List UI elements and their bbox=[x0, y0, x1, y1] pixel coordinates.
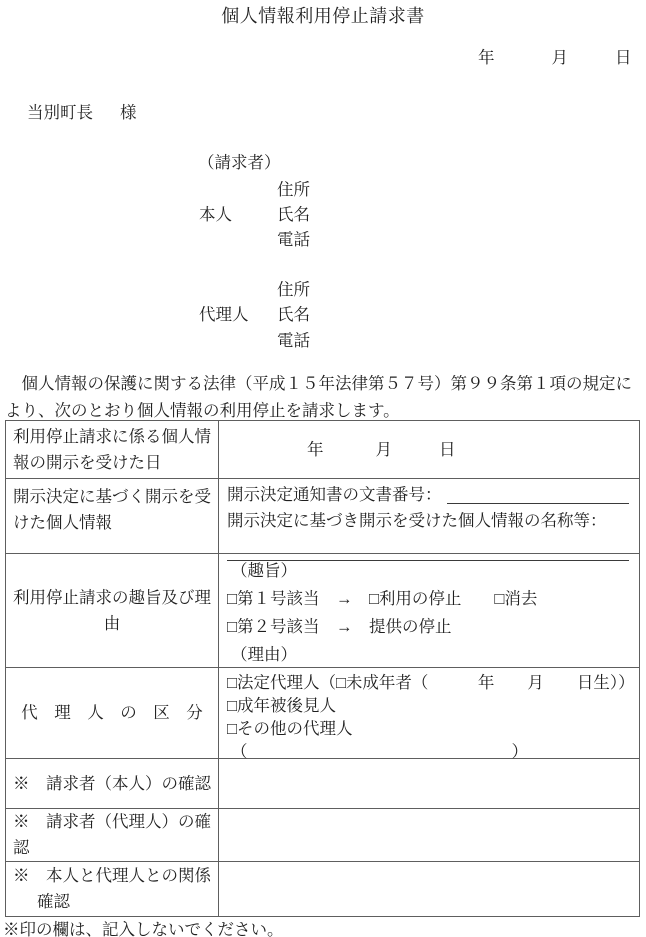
principal-confirmation-label: ※ 請求者（本人）の確認 bbox=[6, 759, 219, 808]
relationship-confirmation-label: ※ 本人と代理人との関係 確認 bbox=[6, 862, 219, 916]
principal-name-label: 氏名 bbox=[277, 201, 310, 225]
disclosure-date-label: 利用停止請求に係る個人情 報の開示を受けた日 bbox=[6, 421, 219, 478]
agent-category-field: □法定代理人（□未成年者（ 年 月 日生）） □成年被後見人 □その他の代理人 … bbox=[219, 668, 643, 758]
reason-heading: （理由） bbox=[227, 641, 631, 669]
agent-category-label-text: 代 理 人 の 区 分 bbox=[13, 700, 211, 726]
request-form-table: 利用停止請求に係る個人情 報の開示を受けた日 年月日 開示決定に基づく開示を受 … bbox=[5, 420, 640, 917]
date-year-label: 年 bbox=[478, 48, 495, 67]
doc-number-fill-in-underline bbox=[447, 482, 630, 504]
row-date-month-label: 月 bbox=[376, 437, 393, 463]
row-date-day-label: 日 bbox=[439, 437, 456, 463]
row-date-year-label: 年 bbox=[307, 437, 324, 463]
table-row-purport-reason: 利用停止請求の趣旨及び理 由 （趣旨） □第１号該当 → □利用の停止 □消去 … bbox=[6, 554, 639, 668]
purport-item1-checkbox-line: □第１号該当 → □利用の停止 □消去 bbox=[227, 585, 631, 613]
purport-heading: （趣旨） bbox=[227, 557, 631, 585]
disclosed-info-field: 開示決定通知書の文書番号： 開示決定に基づき開示を受けた個人情報の名称等： bbox=[219, 479, 639, 553]
disclosure-date-label-line2: 報の開示を受けた日 bbox=[13, 450, 211, 476]
agent-phone-label: 電話 bbox=[277, 327, 310, 351]
agent-confirmation-label-line1: ※ 請求者（代理人）の確 bbox=[13, 809, 211, 835]
disclosed-info-label-line2: けた個人情報 bbox=[13, 510, 211, 536]
date-day-label: 日 bbox=[615, 48, 632, 67]
table-row-principal-confirmation: ※ 請求者（本人）の確認 bbox=[6, 759, 639, 809]
date-line: 年月日 bbox=[478, 44, 632, 68]
disclosed-info-label: 開示決定に基づく開示を受 けた個人情報 bbox=[6, 479, 219, 553]
agent-confirmation-label-line2: 認 bbox=[13, 835, 211, 861]
table-row-agent-confirmation: ※ 請求者（代理人）の確 認 bbox=[6, 809, 639, 862]
agent-name-label: 氏名 bbox=[277, 301, 310, 325]
agent-confirmation-field bbox=[219, 809, 639, 861]
relationship-confirmation-label-line2: 確認 bbox=[37, 889, 211, 915]
date-month-label: 月 bbox=[552, 48, 569, 67]
relationship-confirmation-label-line1: ※ 本人と代理人との関係 bbox=[13, 863, 211, 889]
table-row-disclosed-info: 開示決定に基づく開示を受 けた個人情報 開示決定通知書の文書番号： 開示決定に基… bbox=[6, 479, 639, 554]
agent-category-label: 代 理 人 の 区 分 bbox=[6, 668, 219, 758]
agent-address-label: 住所 bbox=[277, 276, 310, 300]
addressee-name: 当別町長 bbox=[27, 103, 93, 122]
principal-confirmation-field bbox=[219, 759, 639, 808]
purport-reason-label-line2: 由 bbox=[13, 611, 211, 637]
purport-item2-checkbox-line: □第２号該当 → 提供の停止 bbox=[227, 613, 631, 641]
addressee-line: 当別町長様 bbox=[27, 99, 137, 123]
table-row-relationship-confirmation: ※ 本人と代理人との関係 確認 bbox=[6, 862, 639, 916]
requester-heading: （請求者） bbox=[198, 149, 281, 173]
intro-line-1: 個人情報の保護に関する法律（平成１５年法律第５７号）第９９条第１項の規定に bbox=[5, 370, 643, 397]
relationship-confirmation-field bbox=[219, 862, 639, 916]
agent-label: 代理人 bbox=[199, 301, 249, 325]
agent-option-other-checkbox-line: □その他の代理人 bbox=[227, 717, 635, 740]
agent-option-legal-checkbox-line: □法定代理人（□未成年者（ 年 月 日生）） bbox=[227, 671, 635, 694]
intro-paragraph: 個人情報の保護に関する法律（平成１５年法律第５７号）第９９条第１項の規定に より… bbox=[5, 370, 643, 424]
principal-address-label: 住所 bbox=[277, 176, 310, 200]
principal-confirmation-label-text: ※ 請求者（本人）の確認 bbox=[13, 771, 211, 797]
table-row-agent-category: 代 理 人 の 区 分 □法定代理人（□未成年者（ 年 月 日生）） □成年被後… bbox=[6, 668, 639, 759]
purport-reason-label-line1: 利用停止請求の趣旨及び理 bbox=[13, 585, 211, 611]
agent-confirmation-label: ※ 請求者（代理人）の確 認 bbox=[6, 809, 219, 861]
footnote: ※印の欄は、記入しないでください。 bbox=[3, 916, 284, 937]
disclosure-date-label-line1: 利用停止請求に係る個人情 bbox=[13, 424, 211, 450]
doc-number-label: 開示決定通知書の文書番号： bbox=[227, 482, 442, 508]
page-title: 個人情報利用停止請求書 bbox=[0, 2, 646, 28]
info-name-label: 開示決定に基づき開示を受けた個人情報の名称等： bbox=[227, 508, 631, 534]
disclosure-date-field: 年月日 bbox=[219, 421, 639, 478]
disclosed-info-label-line1: 開示決定に基づく開示を受 bbox=[13, 484, 211, 510]
purport-reason-label: 利用停止請求の趣旨及び理 由 bbox=[6, 554, 219, 667]
addressee-honorific: 様 bbox=[120, 103, 137, 122]
principal-phone-label: 電話 bbox=[277, 226, 310, 250]
purport-reason-field: （趣旨） □第１号該当 → □利用の停止 □消去 □第２号該当 → 提供の停止 … bbox=[219, 554, 639, 667]
request-form-page: 個人情報利用停止請求書 年月日 当別町長様 （請求者） 住所 本人 氏名 電話 … bbox=[0, 0, 646, 937]
principal-label: 本人 bbox=[199, 201, 232, 225]
table-row-disclosure-date: 利用停止請求に係る個人情 報の開示を受けた日 年月日 bbox=[6, 421, 639, 479]
agent-option-adult-ward-checkbox-line: □成年被後見人 bbox=[227, 694, 635, 717]
